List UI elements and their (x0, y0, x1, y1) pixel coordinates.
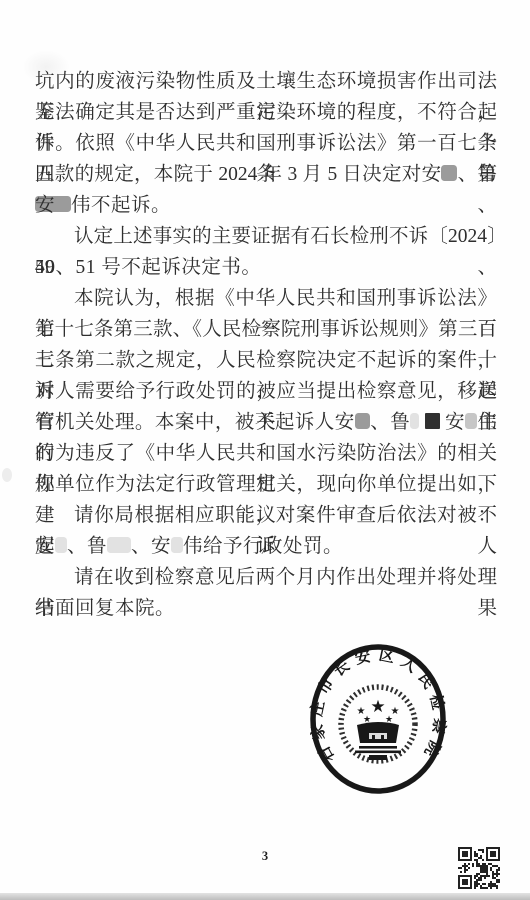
qr-code-icon (458, 847, 500, 889)
scanned-document-page: 坑内的废液污染物性质及土壤生态环境损害作出司法鉴定，无法确定其是否达到严重污染环… (0, 0, 530, 900)
text-line: 请在收到检察意见后两个月内作出处理并将处理结果 (35, 562, 497, 593)
text-run: 、安 (131, 536, 171, 557)
svg-text:★: ★ (370, 697, 385, 716)
redacted-name (171, 537, 183, 553)
text-line: 坑内的废液污染物性质及土壤生态环境损害作出司法鉴定， (35, 66, 497, 97)
text-run: 伟不起诉。 (71, 195, 171, 216)
page-number: 3 (250, 849, 280, 864)
national-emblem-icon: ★ ★ ★ ★ ★ (341, 687, 415, 761)
text-run: 安 (35, 195, 55, 216)
redacted-name (355, 413, 370, 429)
text-line: 七十七条第三款、《人民检察院刑事诉讼规则》第三百七十 (35, 314, 497, 345)
text-run: 、鲁 (370, 412, 410, 433)
redacted-name (55, 196, 71, 212)
redacted-name (441, 165, 457, 181)
seal-graphic: 石家庄市长安区人民检察院 ★ ★ ★ ★ ★ (306, 640, 450, 798)
text-line: 四款的规定，本院于 2024 年 3 月 5 日决定对安、鲁、 (35, 159, 497, 190)
text-run: 伟给予行政处罚。 (183, 536, 343, 557)
redacted-name (107, 537, 131, 553)
text-run (419, 412, 424, 433)
text-line: 你单位作为法定行政管理机关，现向你单位提出如下建议： (35, 469, 497, 500)
text-run: 管机关处理。本案中，被不起诉人安 (35, 412, 355, 433)
text-line: 请你局根据相应职能，对案件审查后依法对被不起诉人 (35, 500, 497, 531)
scan-smudge (2, 468, 12, 482)
text-line: 本院认为，根据《中华人民共和国刑事诉讼法》第一百 (35, 283, 497, 314)
text-run: 书面回复本院。 (35, 598, 175, 619)
page-bottom-edge (0, 893, 530, 900)
official-seal: 石家庄市长安区人民检察院 ★ ★ ★ ★ ★ (306, 640, 450, 798)
text-line: 行为违反了《中华人民共和国水污染防治法》的相关规定， (35, 438, 497, 469)
redacted-name (55, 537, 67, 553)
redacted-name (465, 413, 477, 429)
text-line: 管机关处理。本案中，被不起诉人安、鲁 安伟的 (35, 407, 497, 438)
text-run: 安 (440, 412, 465, 433)
text-run: 四款的规定，本院于 2024 年 3 月 5 日决定对安 (35, 164, 441, 185)
text-run: 安 (35, 536, 55, 557)
text-run: 、鲁 (67, 536, 107, 557)
text-line: 无法确定其是否达到严重污染环境的程度，不符合起诉条 (35, 97, 497, 128)
text-run: 、鲁 (457, 164, 497, 185)
text-line: 认定上述事实的主要证据有石长检刑不诉〔2024〕49、 (35, 221, 497, 252)
text-run: 50、51 号不起诉决定书。 (35, 257, 261, 278)
text-line: 件。依照《中华人民共和国刑事诉讼法》第一百七十五条第 (35, 128, 497, 159)
redacted-name (425, 413, 440, 429)
document-body: 坑内的废液污染物性质及土壤生态环境损害作出司法鉴定，无法确定其是否达到严重污染环… (35, 66, 497, 624)
text-line: 三条第二款之规定，人民检察院决定不起诉的案件，对被起 (35, 345, 497, 376)
text-line: 诉人需要给予行政处罚的，应当提出检察意见，移送有关主 (35, 376, 497, 407)
redacted-name (410, 413, 419, 429)
